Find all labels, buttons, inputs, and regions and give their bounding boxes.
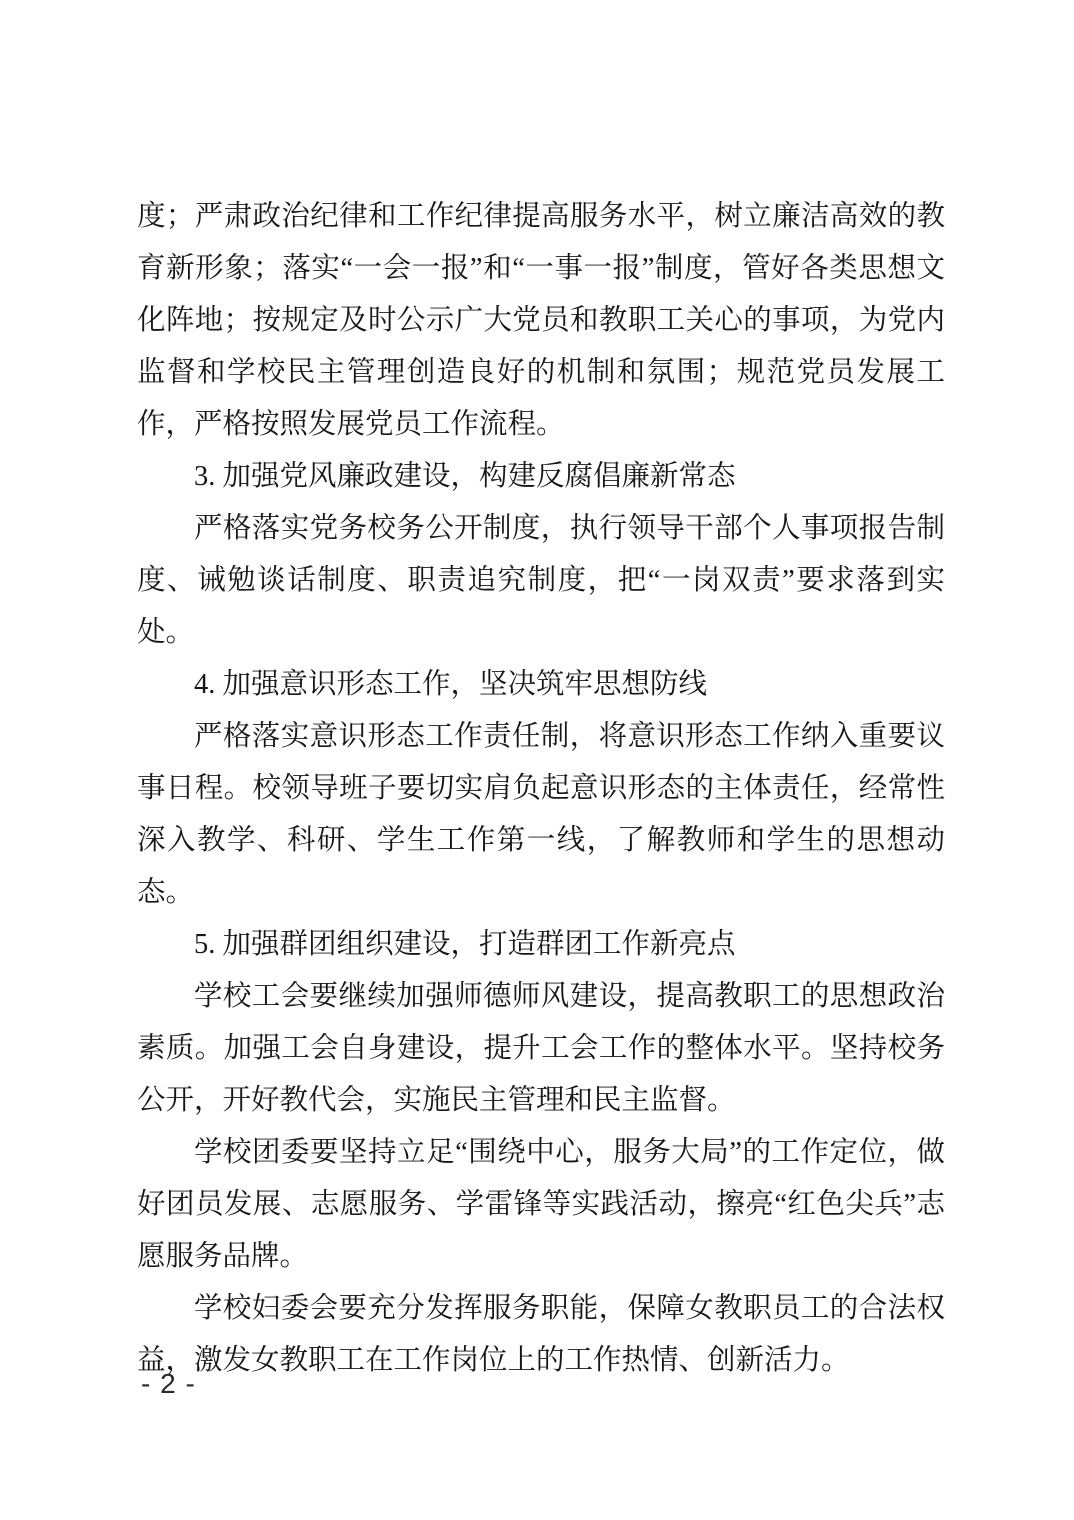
- section-heading-4: 4. 加强意识形态工作，坚决筑牢思想防线: [137, 659, 945, 711]
- section-heading-5: 5. 加强群团组织建设，打造群团工作新亮点: [137, 919, 945, 971]
- body-paragraph-continuation: 度；严肃政治纪律和工作纪律提高服务水平，树立廉洁高效的教育新形象；落实“一会一报…: [137, 191, 945, 451]
- body-paragraph: 学校工会要继续加强师德师风建设，提高教职工的思想政治素质。加强工会自身建设，提升…: [137, 971, 945, 1127]
- body-paragraph: 学校妇委会要充分发挥服务职能，保障女教职员工的合法权益，激发女教职工在工作岗位上…: [137, 1283, 945, 1387]
- body-paragraph: 严格落实意识形态工作责任制，将意识形态工作纳入重要议事日程。校领导班子要切实肩负…: [137, 711, 945, 919]
- document-page: { "doc": { "blocks": [ { "role": "body-c…: [0, 0, 1074, 1520]
- page-number: - 2 -: [141, 1368, 196, 1400]
- body-paragraph: 学校团委要坚持立足“围绕中心，服务大局”的工作定位，做好团员发展、志愿服务、学雷…: [137, 1127, 945, 1283]
- body-paragraph: 严格落实党务校务公开制度，执行领导干部个人事项报告制度、诫勉谈话制度、职责追究制…: [137, 503, 945, 659]
- page: 度；严肃政治纪律和工作纪律提高服务水平，树立廉洁高效的教育新形象；落实“一会一报…: [0, 0, 1074, 1520]
- section-heading-3: 3. 加强党风廉政建设，构建反腐倡廉新常态: [137, 451, 945, 503]
